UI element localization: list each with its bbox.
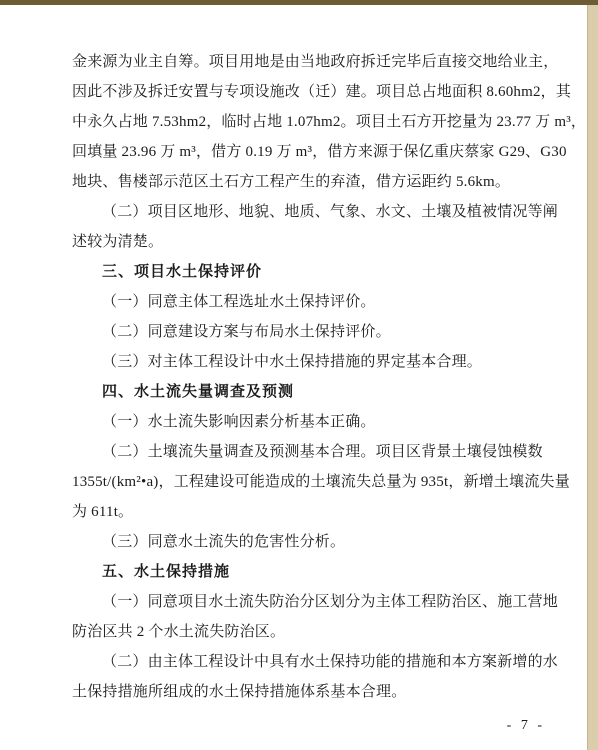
body-line: （二）同意建设方案与布局水土保持评价。 (72, 317, 542, 347)
body-line: 因此不涉及拆迁安置与专项设施改（迁）建。项目总占地面积 8.60hm2，其 (72, 77, 542, 107)
body-line: 土保持措施所组成的水土保持措施体系基本合理。 (72, 677, 542, 707)
body-line: （一）同意主体工程选址水土保持评价。 (72, 287, 542, 317)
body-line: 回填量 23.96 万 m³，借方 0.19 万 m³，借方来源于保亿重庆蔡家 … (72, 137, 542, 167)
body-line: （三）对主体工程设计中水土保持措施的界定基本合理。 (72, 347, 542, 377)
body-line: （二）项目区地形、地貌、地质、气象、水文、土壤及植被情况等阐 (72, 197, 542, 227)
body-line: 1355t/(km²•a)，工程建设可能造成的土壤流失总量为 935t，新增土壤… (72, 467, 542, 497)
body-line: （二）土壤流失量调查及预测基本合理。项目区背景土壤侵蚀模数 (72, 437, 542, 467)
body-line: （二）由主体工程设计中具有水土保持功能的措施和本方案新增的水 (72, 647, 542, 677)
body-line: （三）同意水土流失的危害性分析。 (72, 527, 542, 557)
body-line: （一）同意项目水土流失防治分区划分为主体工程防治区、施工营地 (72, 587, 542, 617)
body-line: 述较为清楚。 (72, 227, 542, 257)
body-line: 金来源为业主自筹。项目用地是由当地政府拆迁完毕后直接交地给业主， (72, 47, 542, 77)
section-heading-5: 五、水土保持措施 (72, 557, 542, 587)
right-edge-strip (587, 5, 598, 750)
section-heading-4: 四、水土流失量调查及预测 (72, 377, 542, 407)
body-line: 为 611t。 (72, 497, 542, 527)
body-line: （一）水土流失影响因素分析基本正确。 (72, 407, 542, 437)
top-border-band (0, 0, 598, 5)
body-line: 防治区共 2 个水土流失防治区。 (72, 617, 542, 647)
body-line: 地块、售楼部示范区土石方工程产生的弃渣，借方运距约 5.6km。 (72, 167, 542, 197)
document-body: 金来源为业主自筹。项目用地是由当地政府拆迁完毕后直接交地给业主， 因此不涉及拆迁… (72, 47, 542, 707)
body-line: 中永久占地 7.53hm2，临时占地 1.07hm2。项目土石方开挖量为 23.… (72, 107, 542, 137)
page-number: - 7 - (507, 718, 545, 734)
section-heading-3: 三、项目水土保持评价 (72, 257, 542, 287)
